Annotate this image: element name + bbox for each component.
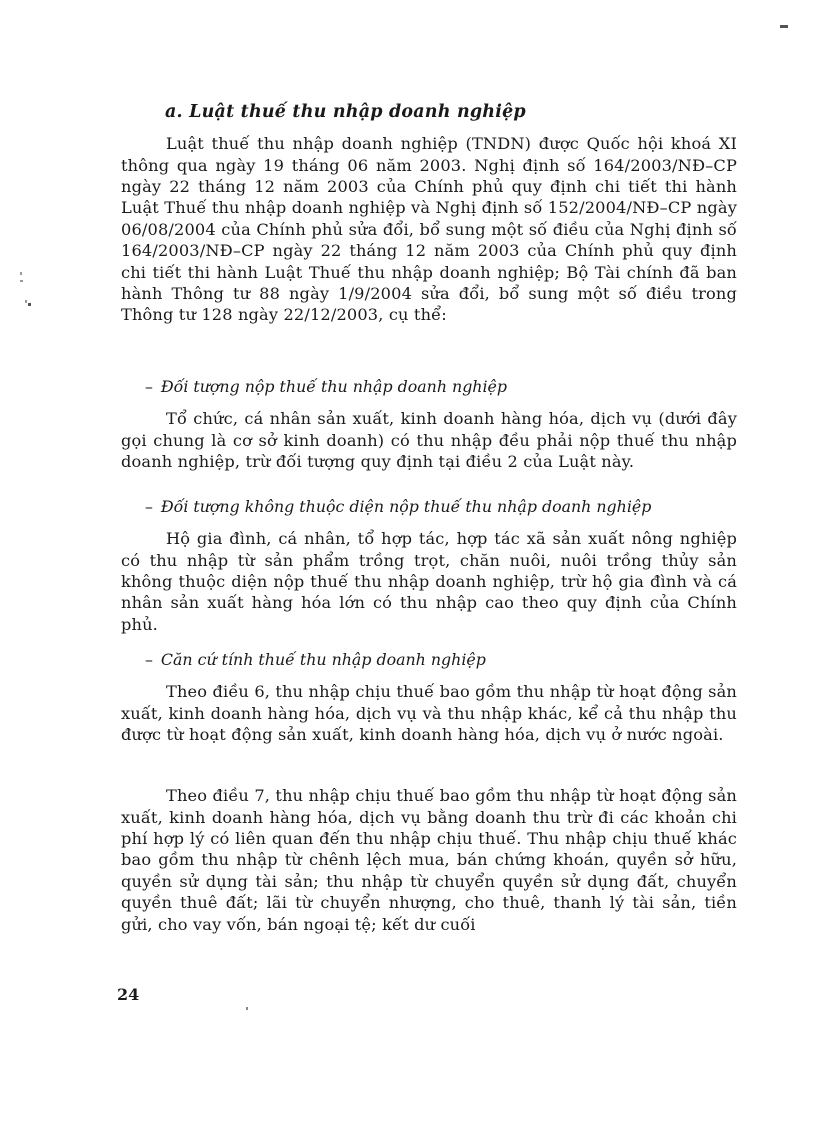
subheading-exempt: –Đối tượng không thuộc diện nộp thuế thu… [145, 497, 735, 516]
paragraph-exempt: Hộ gia đình, cá nhân, tổ hợp tác, hợp tá… [121, 528, 737, 635]
paragraph-article-7: Theo điều 7, thu nhập chịu thuế bao gồm … [121, 785, 737, 935]
subheading-text: Đối tượng không thuộc diện nộp thuế thu … [161, 497, 651, 516]
section-heading: a. Luật thuế thu nhập doanh nghiệp [165, 102, 526, 122]
scan-speck [25, 300, 27, 303]
scan-speck [28, 303, 31, 306]
paragraph-taxpayers: Tổ chức, cá nhân sản xuất, kinh doanh hà… [121, 408, 737, 472]
subheading-tax-basis: –Căn cứ tính thuế thu nhập doanh nghiệp [145, 650, 735, 669]
dash-bullet: – [145, 650, 153, 669]
subheading-text: Đối tượng nộp thuế thu nhập doanh nghiệp [161, 377, 507, 396]
paragraph-article-6: Theo điều 6, thu nhập chịu thuế bao gồm … [121, 681, 737, 745]
dash-bullet: – [145, 377, 153, 396]
subheading-taxpayers: –Đối tượng nộp thuế thu nhập doanh nghiệ… [145, 377, 735, 396]
scan-speck [246, 1007, 248, 1010]
scan-speck [20, 272, 22, 275]
paragraph-intro: Luật thuế thu nhập doanh nghiệp (TNDN) đ… [121, 133, 737, 326]
page-number: 24 [117, 985, 139, 1004]
subheading-text: Căn cứ tính thuế thu nhập doanh nghiệp [161, 650, 486, 669]
scan-speck [20, 280, 23, 282]
scan-speck [780, 25, 788, 28]
dash-bullet: – [145, 497, 153, 516]
